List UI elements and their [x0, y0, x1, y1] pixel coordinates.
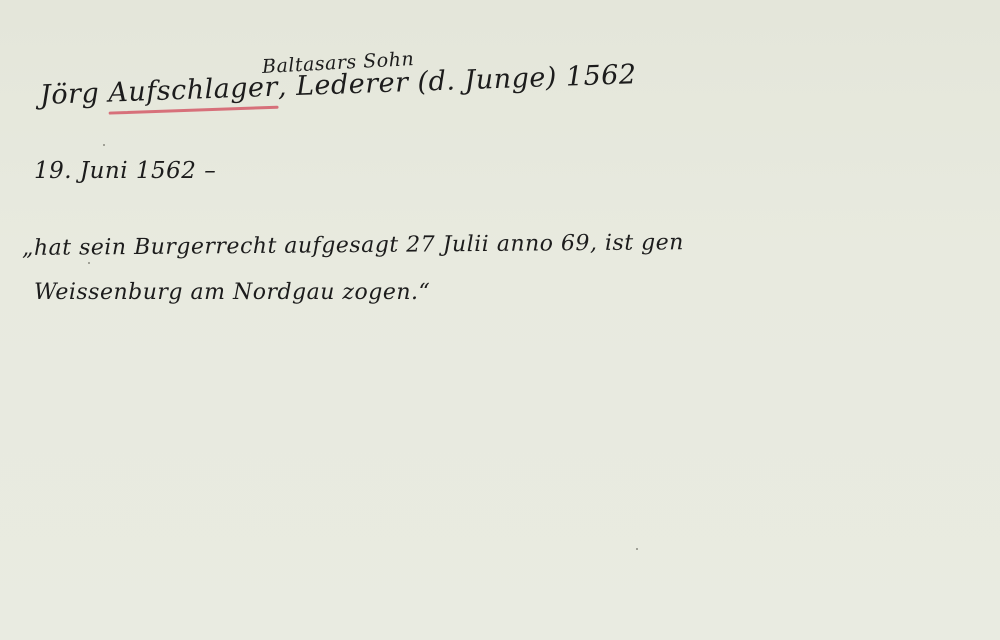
paper-speck: [88, 262, 90, 264]
date-line: 19. Juni 1562 –: [34, 158, 216, 184]
index-card: Baltasars Sohn Jörg Aufschlager, Lederer…: [0, 0, 1000, 640]
quote-line-1: „hat sein Burgerrecht aufgesagt 27 Julii…: [22, 230, 684, 261]
quote-line-2: Weissenburg am Nordgau zogen.“: [34, 280, 430, 305]
paper-speck: [636, 548, 638, 550]
surname-underlined: Aufschlager: [108, 72, 279, 109]
paper-speck: [103, 144, 105, 146]
given-name: Jörg: [39, 78, 99, 111]
